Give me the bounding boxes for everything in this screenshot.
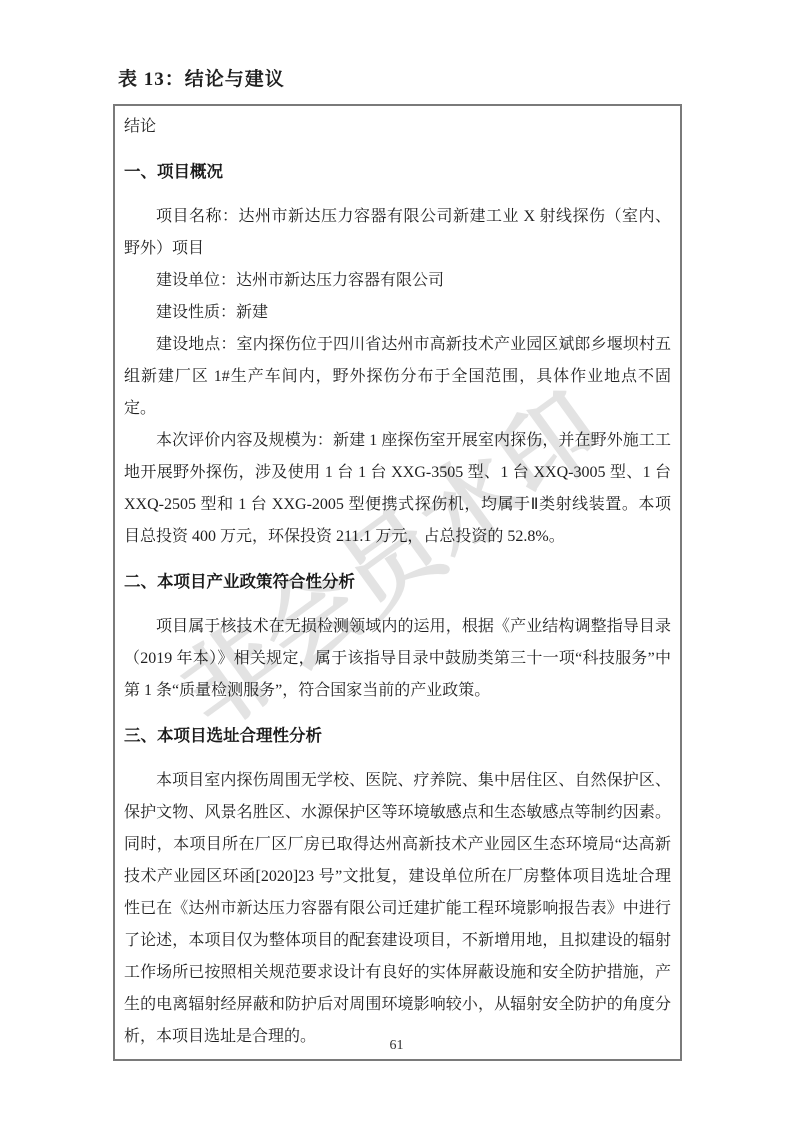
section-heading-project-overview: 一、项目概况 [124, 156, 671, 188]
paragraph-evaluation-scope: 本次评价内容及规模为：新建 1 座探伤室开展室内探伤，并在野外施工工地开展野外探… [124, 425, 671, 553]
page-title: 表 13：结论与建议 [118, 64, 285, 91]
paragraph-construction-nature: 建设性质：新建 [124, 297, 671, 329]
paragraph-construction-location: 建设地点：室内探伤位于四川省达州市高新技术产业园区斌郎乡堰坝村五组新建厂区 1#… [124, 329, 671, 425]
paragraph-project-name: 项目名称：达州市新达压力容器有限公司新建工业 X 射线探伤（室内、野外）项目 [124, 201, 671, 265]
section-heading-site-selection: 三、本项目选址合理性分析 [124, 720, 671, 752]
page-number: 61 [0, 1038, 793, 1054]
table-header-label: 结论 [124, 111, 671, 143]
conclusion-table: 结论 一、项目概况 项目名称：达州市新达压力容器有限公司新建工业 X 射线探伤（… [113, 104, 682, 1061]
document-page: 非会员水印 表 13：结论与建议 结论 一、项目概况 项目名称：达州市新达压力容… [0, 0, 793, 1122]
section-heading-industrial-policy: 二、本项目产业政策符合性分析 [124, 566, 671, 598]
paragraph-industrial-policy: 项目属于核技术在无损检测领域内的运用，根据《产业结构调整指导目录（2019 年本… [124, 611, 671, 707]
paragraph-construction-unit: 建设单位：达州市新达压力容器有限公司 [124, 265, 671, 297]
paragraph-site-selection: 本项目室内探伤周围无学校、医院、疗养院、集中居住区、自然保护区、保护文物、风景名… [124, 765, 671, 1053]
